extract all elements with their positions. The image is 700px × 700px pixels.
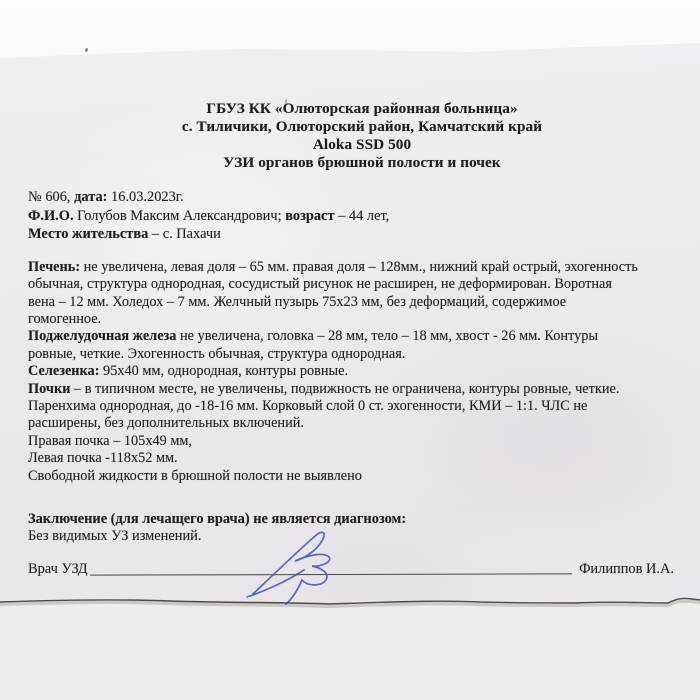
spleen-text: 95х40 мм, однородная, контуры ровные.: [99, 363, 348, 379]
kidneys-text: – в типичном месте, не увеличены, подвиж…: [70, 381, 619, 397]
doctor-signature-row: Врач УЗД Филиппов И.А.: [28, 561, 674, 578]
liver-label: Печень:: [28, 259, 80, 275]
exam-title: УЗИ органов брюшной полости и почек: [50, 154, 674, 172]
conclusion-text: Без видимых УЗ изменений.: [28, 528, 674, 545]
parenchyma-paragraph: Паренхима однородная, до -18-16 мм. Корк…: [28, 398, 674, 433]
spleen-paragraph: Селезенка: 95х40 мм, однородная, контуры…: [28, 363, 674, 380]
org-address: с. Тиличики, Олюторский район, Камчатски…: [50, 118, 674, 136]
free-fluid-line: Свободной жидкости в брюшной полости не …: [28, 468, 674, 485]
conclusion-block: Заключение (для лечащего врача) не являе…: [28, 511, 674, 546]
kidneys-label: Почки: [28, 381, 70, 397]
date-label: дата:: [74, 189, 107, 205]
fio-label: Ф.И.О.: [28, 208, 74, 224]
residence-value: – с. Пахачи: [148, 226, 221, 242]
findings: Печень: не увеличена, левая доля – 65 мм…: [28, 259, 674, 485]
conclusion-heading: Заключение (для лечащего врача) не являе…: [28, 511, 674, 528]
pancreas-paragraph: Поджелудочная железа не увеличена, голов…: [28, 328, 674, 363]
left-kidney-line: Левая почка -118х52 мм.: [28, 450, 674, 467]
spleen-label: Селезенка:: [28, 363, 99, 379]
right-kidney-line: Правая почка – 105х49 мм,: [28, 433, 674, 450]
report-content: ГБУЗ КК «Олюторская районная больница» с…: [28, 0, 674, 578]
age-label: возраст: [285, 208, 334, 224]
patient-line: Ф.И.О. Голубов Максим Александрович; воз…: [28, 207, 674, 226]
patient-meta: № 606, дата: 16.03.2023г. Ф.И.О. Голубов…: [28, 188, 674, 244]
residence-line: Место жительства – с. Пахачи: [28, 225, 674, 244]
device-name: Aloka SSD 500: [50, 136, 674, 154]
doctor-label: Врач УЗД: [28, 561, 88, 578]
pancreas-label: Поджелудочная железа: [28, 328, 176, 344]
date-value: 16.03.2023г.: [107, 189, 183, 205]
liver-text: не увеличена, левая доля – 65 мм. правая…: [28, 259, 638, 327]
org-name: ГБУЗ КК «Олюторская районная больница»: [50, 100, 674, 118]
age-value: – 44 лет,: [335, 208, 390, 224]
doctor-name: Филиппов И.А.: [572, 561, 674, 578]
report-paper: ГБУЗ КК «Олюторская районная больница» с…: [0, 0, 700, 700]
kidneys-paragraph: Почки – в типичном месте, не увеличены, …: [28, 381, 674, 398]
report-number: № 606,: [28, 189, 74, 205]
report-number-line: № 606, дата: 16.03.2023г.: [28, 188, 674, 207]
liver-paragraph: Печень: не увеличена, левая доля – 65 мм…: [28, 259, 674, 329]
fio-value: Голубов Максим Александрович;: [74, 208, 286, 224]
scanned-report: ГБУЗ КК «Олюторская районная больница» с…: [0, 0, 700, 700]
signature-line: [90, 561, 573, 575]
residence-label: Место жительства: [28, 226, 148, 242]
report-header: ГБУЗ КК «Олюторская районная больница» с…: [28, 100, 674, 172]
